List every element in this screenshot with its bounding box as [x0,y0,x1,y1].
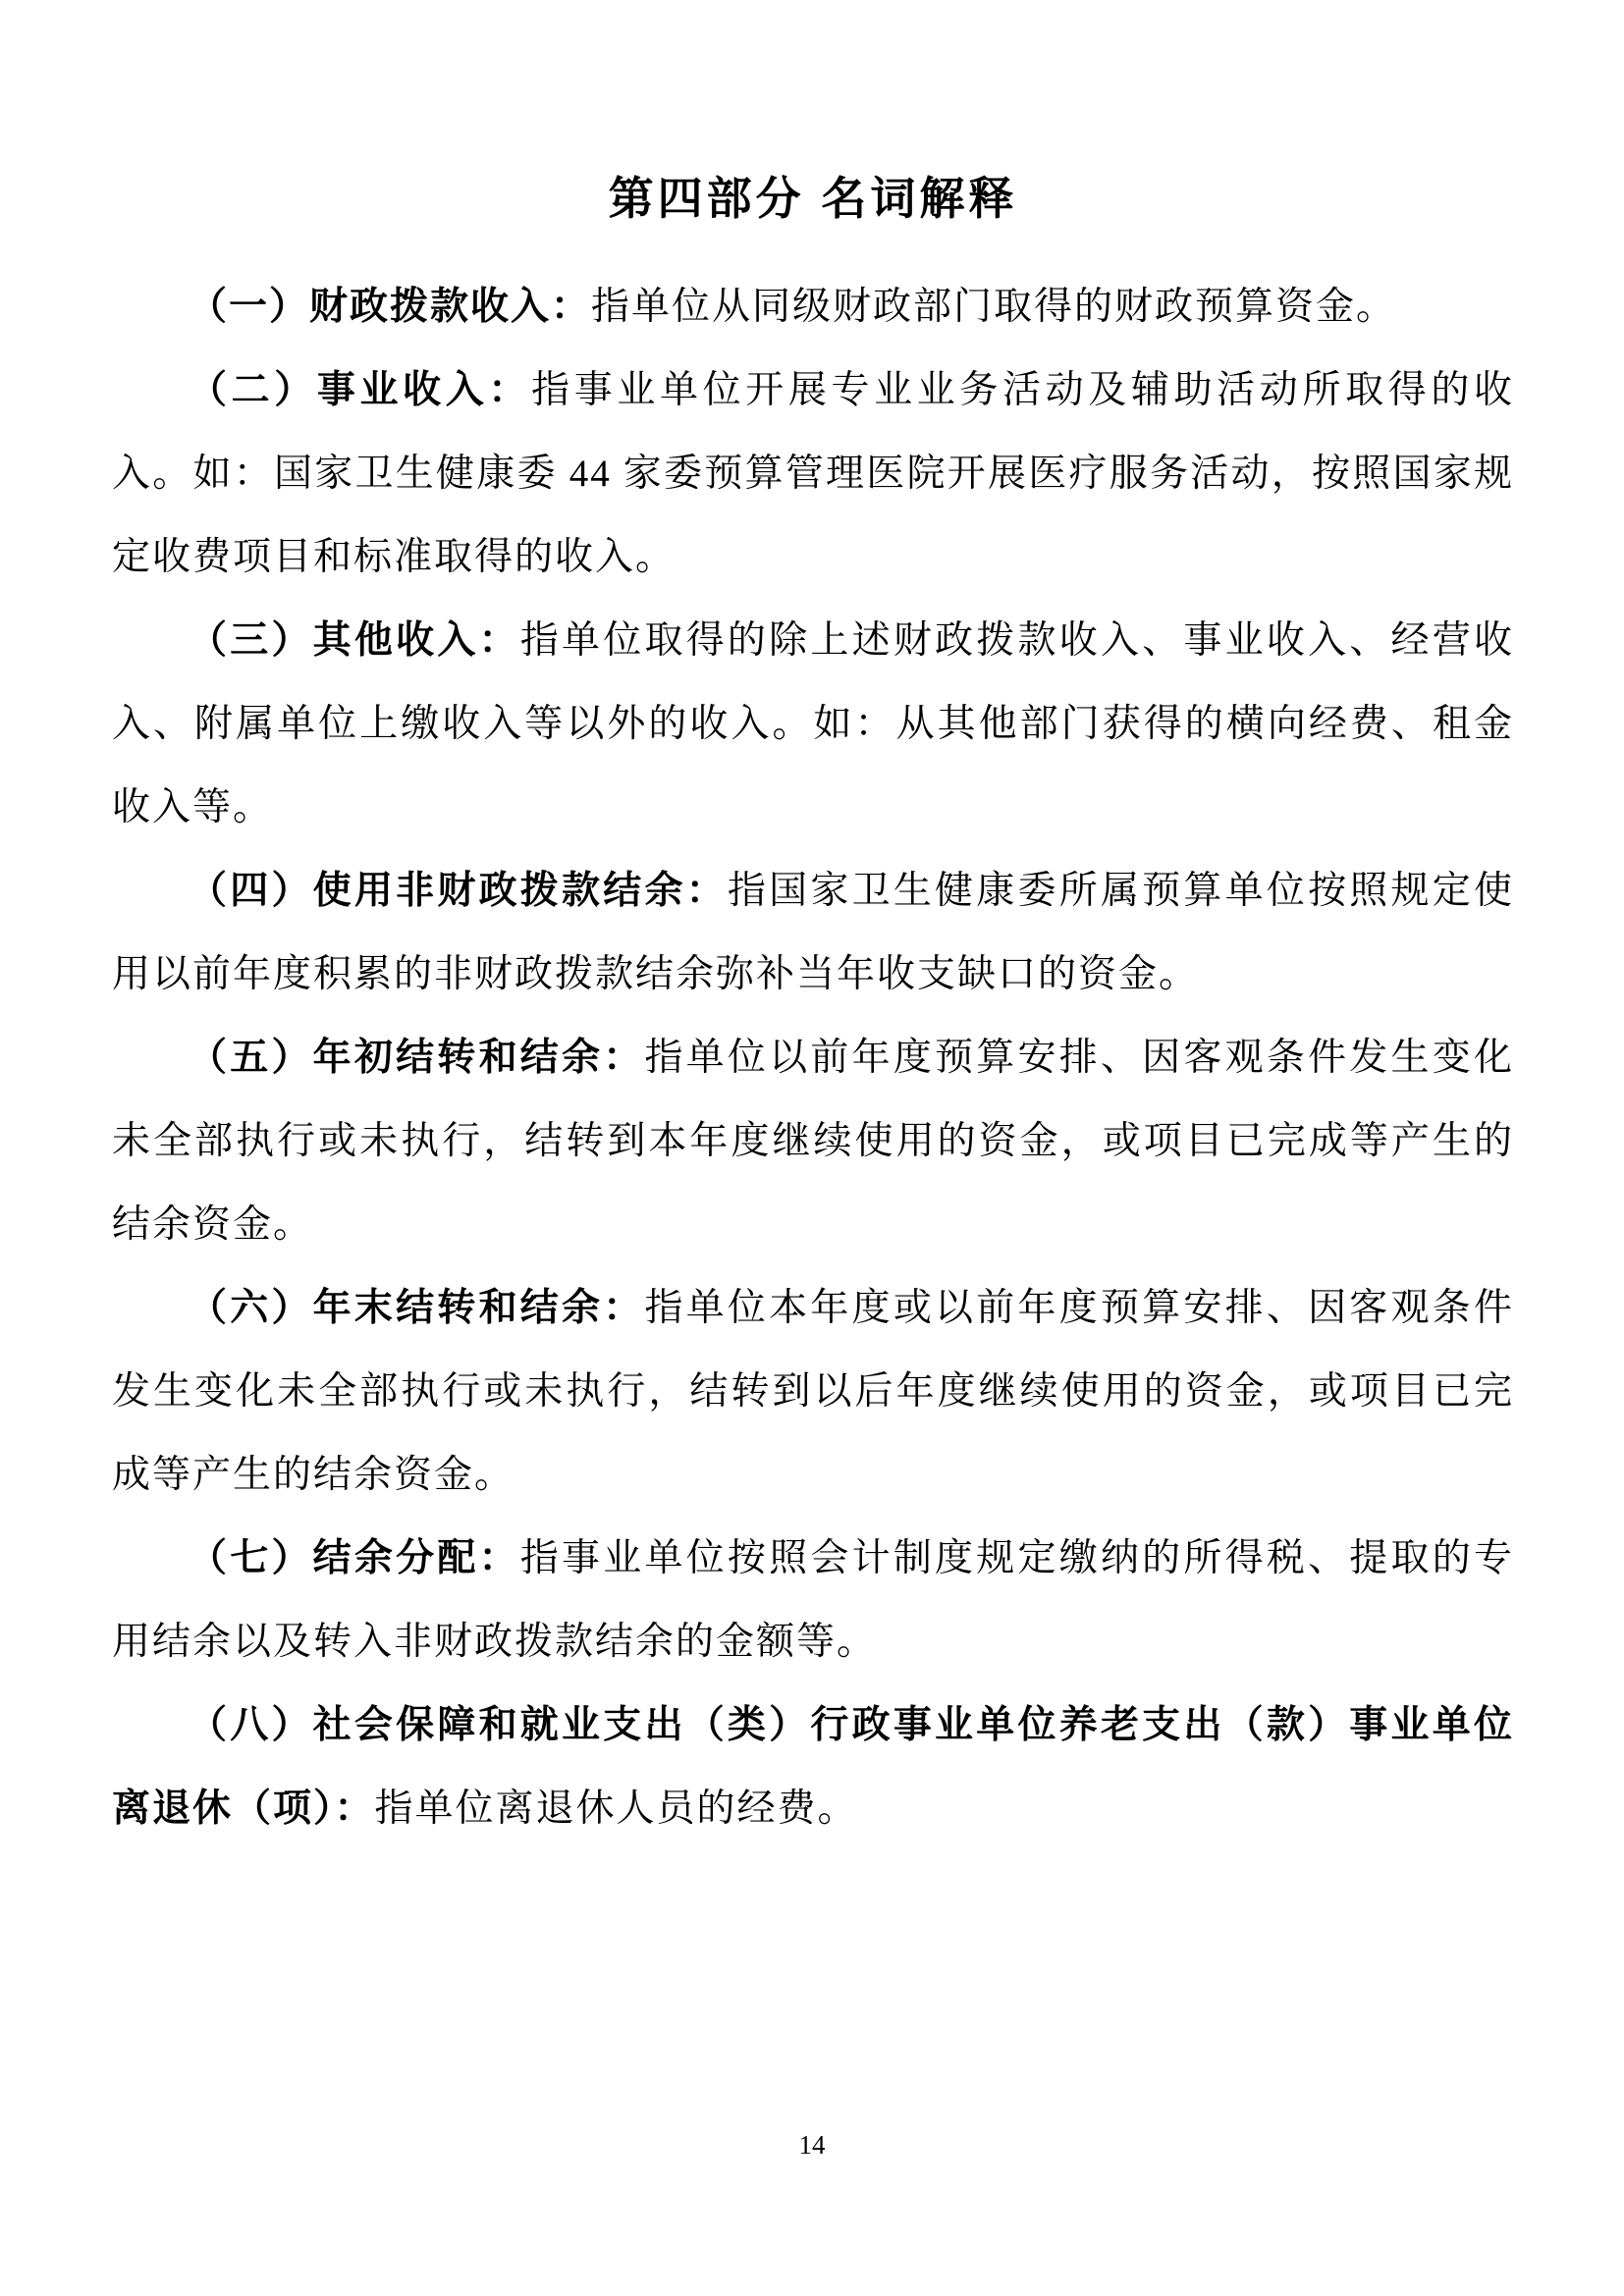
page-title: 第四部分 名词解释 [112,169,1514,228]
definition-paragraph-8: （八）社会保障和就业支出（类）行政事业单位养老支出（款）事业单位离退休（项）：指… [112,1683,1514,1850]
document-content: 第四部分 名词解释 （一）财政拨款收入：指单位从同级财政部门取得的财政预算资金。… [112,169,1514,1850]
document-page: 第四部分 名词解释 （一）财政拨款收入：指单位从同级财政部门取得的财政预算资金。… [0,0,1624,2296]
definition-paragraph-7: （七）结余分配：指事业单位按照会计制度规定缴纳的所得税、提取的专用结余以及转入非… [112,1517,1514,1683]
definition-text: 指单位从同级财政部门取得的财政预算资金。 [591,286,1396,328]
definition-text: 指单位离退休人员的经费。 [375,1788,858,1830]
term-text: （二）事业收入： [189,369,531,411]
term-text: （一）财政拨款收入： [189,286,591,328]
term-text: （五）年初结转和结余： [189,1037,644,1079]
term-text: （三）其他收入： [189,619,520,662]
definition-paragraph-4: （四）使用非财政拨款结余：指国家卫生健康委所属预算单位按照规定使用以前年度积累的… [112,849,1514,1016]
definition-paragraph-2: （二）事业收入：指事业单位开展专业业务活动及辅助活动所取得的收入。如：国家卫生健… [112,348,1514,599]
definition-paragraph-5: （五）年初结转和结余：指单位以前年度预算安排、因客观条件发生变化未全部执行或未执… [112,1016,1514,1266]
definition-paragraph-1: （一）财政拨款收入：指单位从同级财政部门取得的财政预算资金。 [112,265,1514,348]
term-text: （六）年末结转和结余： [189,1287,644,1329]
term-text: （四）使用非财政拨款结余： [189,870,728,912]
definition-paragraph-6: （六）年末结转和结余：指单位本年度或以前年度预算安排、因客观条件发生变化未全部执… [112,1266,1514,1517]
term-text: （七）结余分配： [189,1537,520,1579]
page-number: 14 [0,2129,1624,2161]
definition-paragraph-3: （三）其他收入：指单位取得的除上述财政拨款收入、事业收入、经营收入、附属单位上缴… [112,599,1514,849]
